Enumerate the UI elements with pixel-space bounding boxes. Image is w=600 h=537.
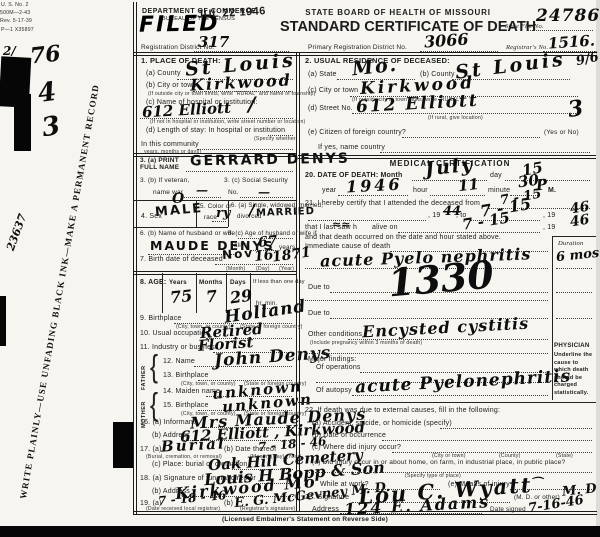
birth-month-value: Nov: [222, 246, 255, 262]
ink-blot: [0, 296, 6, 346]
age-days-header: Days: [230, 279, 246, 286]
alive-on-label: alive on: [372, 224, 398, 231]
age-years-header: Years: [169, 279, 187, 286]
received-date-hint: (Date received local registrar): [146, 506, 220, 512]
section-rule: [133, 271, 296, 275]
dotted-line: [382, 439, 592, 441]
death-day-label: day: [490, 172, 502, 179]
injury-where-label: (c) Where did injury occur?: [312, 444, 401, 451]
certificate-title: STANDARD CERTIFICATE OF DEATH: [280, 19, 516, 35]
yes-no-hint: (Yes or No): [544, 129, 579, 136]
street-label: (d) Street No.: [308, 105, 353, 112]
registration-district-number: 317: [198, 33, 229, 51]
death-year-value: 1946: [346, 175, 403, 197]
dotted-line: [305, 352, 548, 354]
physician-address-label: Address: [312, 506, 339, 513]
ink-blot: [14, 94, 31, 151]
occurrence-date-label: (b) Date of occurrence: [312, 432, 386, 439]
citizen-label: (e) Citizen of foreign country?: [308, 129, 406, 136]
community-label: In this community: [141, 141, 199, 148]
ssn-value: —: [258, 185, 270, 199]
age-years-value: 75: [169, 286, 193, 307]
year-19-label: , 19: [543, 224, 555, 231]
margin-handwritten-number: 76: [29, 40, 62, 69]
form-code: P—1 X35897: [1, 27, 34, 33]
physician-note: Underline the cause to which death shoul…: [554, 352, 594, 397]
handwritten-overwrite: 1330: [386, 251, 495, 305]
dotted-line: [380, 151, 590, 153]
due-to-label-2: Due to: [308, 310, 330, 317]
board-title: STATE BOARD OF HEALTH OF MISSOURI: [298, 8, 498, 17]
dotted-line: [440, 427, 592, 429]
dotted-line: [305, 299, 548, 301]
length-of-stay-label: (d) Length of stay: In hospital or insti…: [146, 127, 285, 134]
rule-line: [298, 402, 596, 403]
county-label: (a) County: [146, 70, 181, 77]
ssn-no-label: No.: [228, 189, 239, 196]
box-divider: [196, 273, 197, 313]
race-value: ry: [216, 206, 230, 221]
stray-mark: /: [248, 92, 255, 116]
pregnancy-hint: (Include pregnancy within 3 months of de…: [310, 340, 422, 346]
of-autopsy-label: Of autopsy: [316, 387, 352, 394]
dotted-line: [308, 219, 426, 221]
mother-birthplace-label: 15. Birthplace: [163, 402, 209, 409]
injury-place-label: (d) Did injury occur in or about home, o…: [312, 459, 565, 466]
informant-label: 16. (a) Informant: [140, 419, 195, 426]
city-hint: (If outside city or town limits, write “…: [148, 91, 316, 97]
other-conditions-label: Other conditions: [308, 331, 362, 338]
residence-city-label: (c) City or town: [308, 87, 358, 94]
death-hour-value: 11: [457, 175, 480, 195]
dotted-line: [186, 170, 293, 172]
less-than-day-label: If less than one day: [253, 279, 305, 285]
street-hint: (If rural, give location): [428, 115, 483, 121]
filed-date-stamp: JUL 22 1946: [197, 5, 266, 21]
form-left-border: [133, 2, 137, 514]
paper-edge: [596, 0, 600, 526]
date-signed-label: Date signed: [490, 506, 526, 513]
rule-line: [133, 227, 228, 228]
dotted-line: [528, 29, 593, 31]
birthplace-label: 9. Birthplace: [140, 315, 182, 322]
last-saw-date: 7 - 15: [461, 208, 511, 233]
external-causes-title: 22. If death was due to external causes,…: [305, 407, 500, 414]
dotted-line: [556, 317, 592, 319]
year-19-label: , 19: [428, 212, 440, 219]
primary-district-label: Primary Registration District No.: [308, 44, 407, 51]
stray-mark: ≈≈: [332, 218, 350, 231]
dotted-line: [212, 220, 226, 222]
death-year-label: year: [322, 187, 336, 194]
father-group-label: FATHER: [141, 365, 147, 390]
social-security-label: 3. (c) Social Security: [224, 177, 288, 184]
box-divider: [162, 273, 163, 313]
dotted-line: [556, 291, 592, 293]
margin-handwritten-number: 4: [36, 77, 58, 109]
age-months-header: Months: [199, 279, 223, 286]
veteran-label: 3. (b) If veteran,: [140, 177, 189, 184]
dotted-line: [556, 267, 592, 269]
hospital-hint: (If not in hospital or institution, writ…: [150, 119, 305, 125]
ink-blot: [113, 422, 133, 468]
registrar-sig-hint: (Registrar's signature): [240, 506, 295, 512]
stray-mark: O: [172, 191, 184, 207]
rule-line: [133, 200, 296, 201]
stray-mark: /: [249, 200, 255, 219]
form-print-run: 500M—2-43: [0, 10, 30, 16]
dotted-line: [430, 194, 485, 196]
father-brace: {: [150, 350, 158, 386]
specify-whether-hint: (Specify whether: [254, 136, 296, 142]
dotted-line: [402, 136, 540, 138]
due-to-label-1: Due to: [308, 284, 330, 291]
primary-district-number: 3066: [423, 29, 469, 51]
birth-date-label: 7. Birth date of deceased: [140, 256, 223, 263]
duration-label: Duration: [558, 240, 583, 247]
of-operations-label: Of operations: [316, 364, 361, 371]
death-hour-label: hour: [413, 187, 428, 194]
full-name-value: GERRARD DENYS: [190, 151, 350, 170]
full-name-label: FULL NAME: [140, 164, 179, 171]
print-label: 3. (a) PRINT: [140, 157, 179, 164]
dotted-line: [420, 50, 498, 52]
margin-handwritten-scrawl: 23637: [4, 212, 29, 252]
last-saw-year: 46: [569, 212, 591, 231]
disposition-item-label: 17. (a): [140, 446, 162, 453]
form-revision: Rev. 5-17-39: [0, 18, 32, 24]
registrar-sig-item-label: (b): [224, 500, 233, 507]
name-country-label: If yes, name country: [318, 144, 385, 151]
duration-value: 6 mos: [555, 246, 600, 265]
meridian-label: M.: [548, 187, 556, 194]
father-name-label: 12. Name: [163, 358, 195, 365]
residence-state-label: (a) State: [308, 71, 337, 78]
marital-value: MARRIED: [256, 206, 315, 219]
form-stock-number: U. S. No. 2: [1, 2, 29, 8]
reverse-side-note: (Licensed Embalmer's Statement on Revers…: [195, 516, 415, 523]
father-birthplace-label: 13. Birthplace: [163, 372, 209, 379]
death-certificate-scan: U. S. No. 2 500M—2-43 Rev. 5-17-39 P—1 X…: [0, 0, 600, 537]
year-19-label: , 19: [543, 212, 555, 219]
certify-line-4: and that death occurred on the date and …: [305, 234, 501, 241]
disposition-value: Burial: [161, 434, 226, 455]
dotted-line: [197, 148, 293, 150]
spouse-name-label: 6. (b) Name of husband or wife: [140, 230, 235, 237]
margin-handwritten-number: 3: [40, 111, 63, 144]
duration-column-line: [552, 236, 596, 237]
name-war-value: —: [196, 183, 208, 197]
major-findings-label: Major findings:: [308, 356, 357, 363]
physician-title: PHYSICIAN: [554, 342, 590, 349]
state-file-number: 24786: [536, 6, 600, 26]
accident-label: (a) Accident, suicide, or homicide (spec…: [312, 420, 452, 427]
scan-edge-bar: [0, 526, 600, 537]
age-months-value: 7: [205, 286, 218, 306]
margin-note: 3: [566, 95, 585, 123]
